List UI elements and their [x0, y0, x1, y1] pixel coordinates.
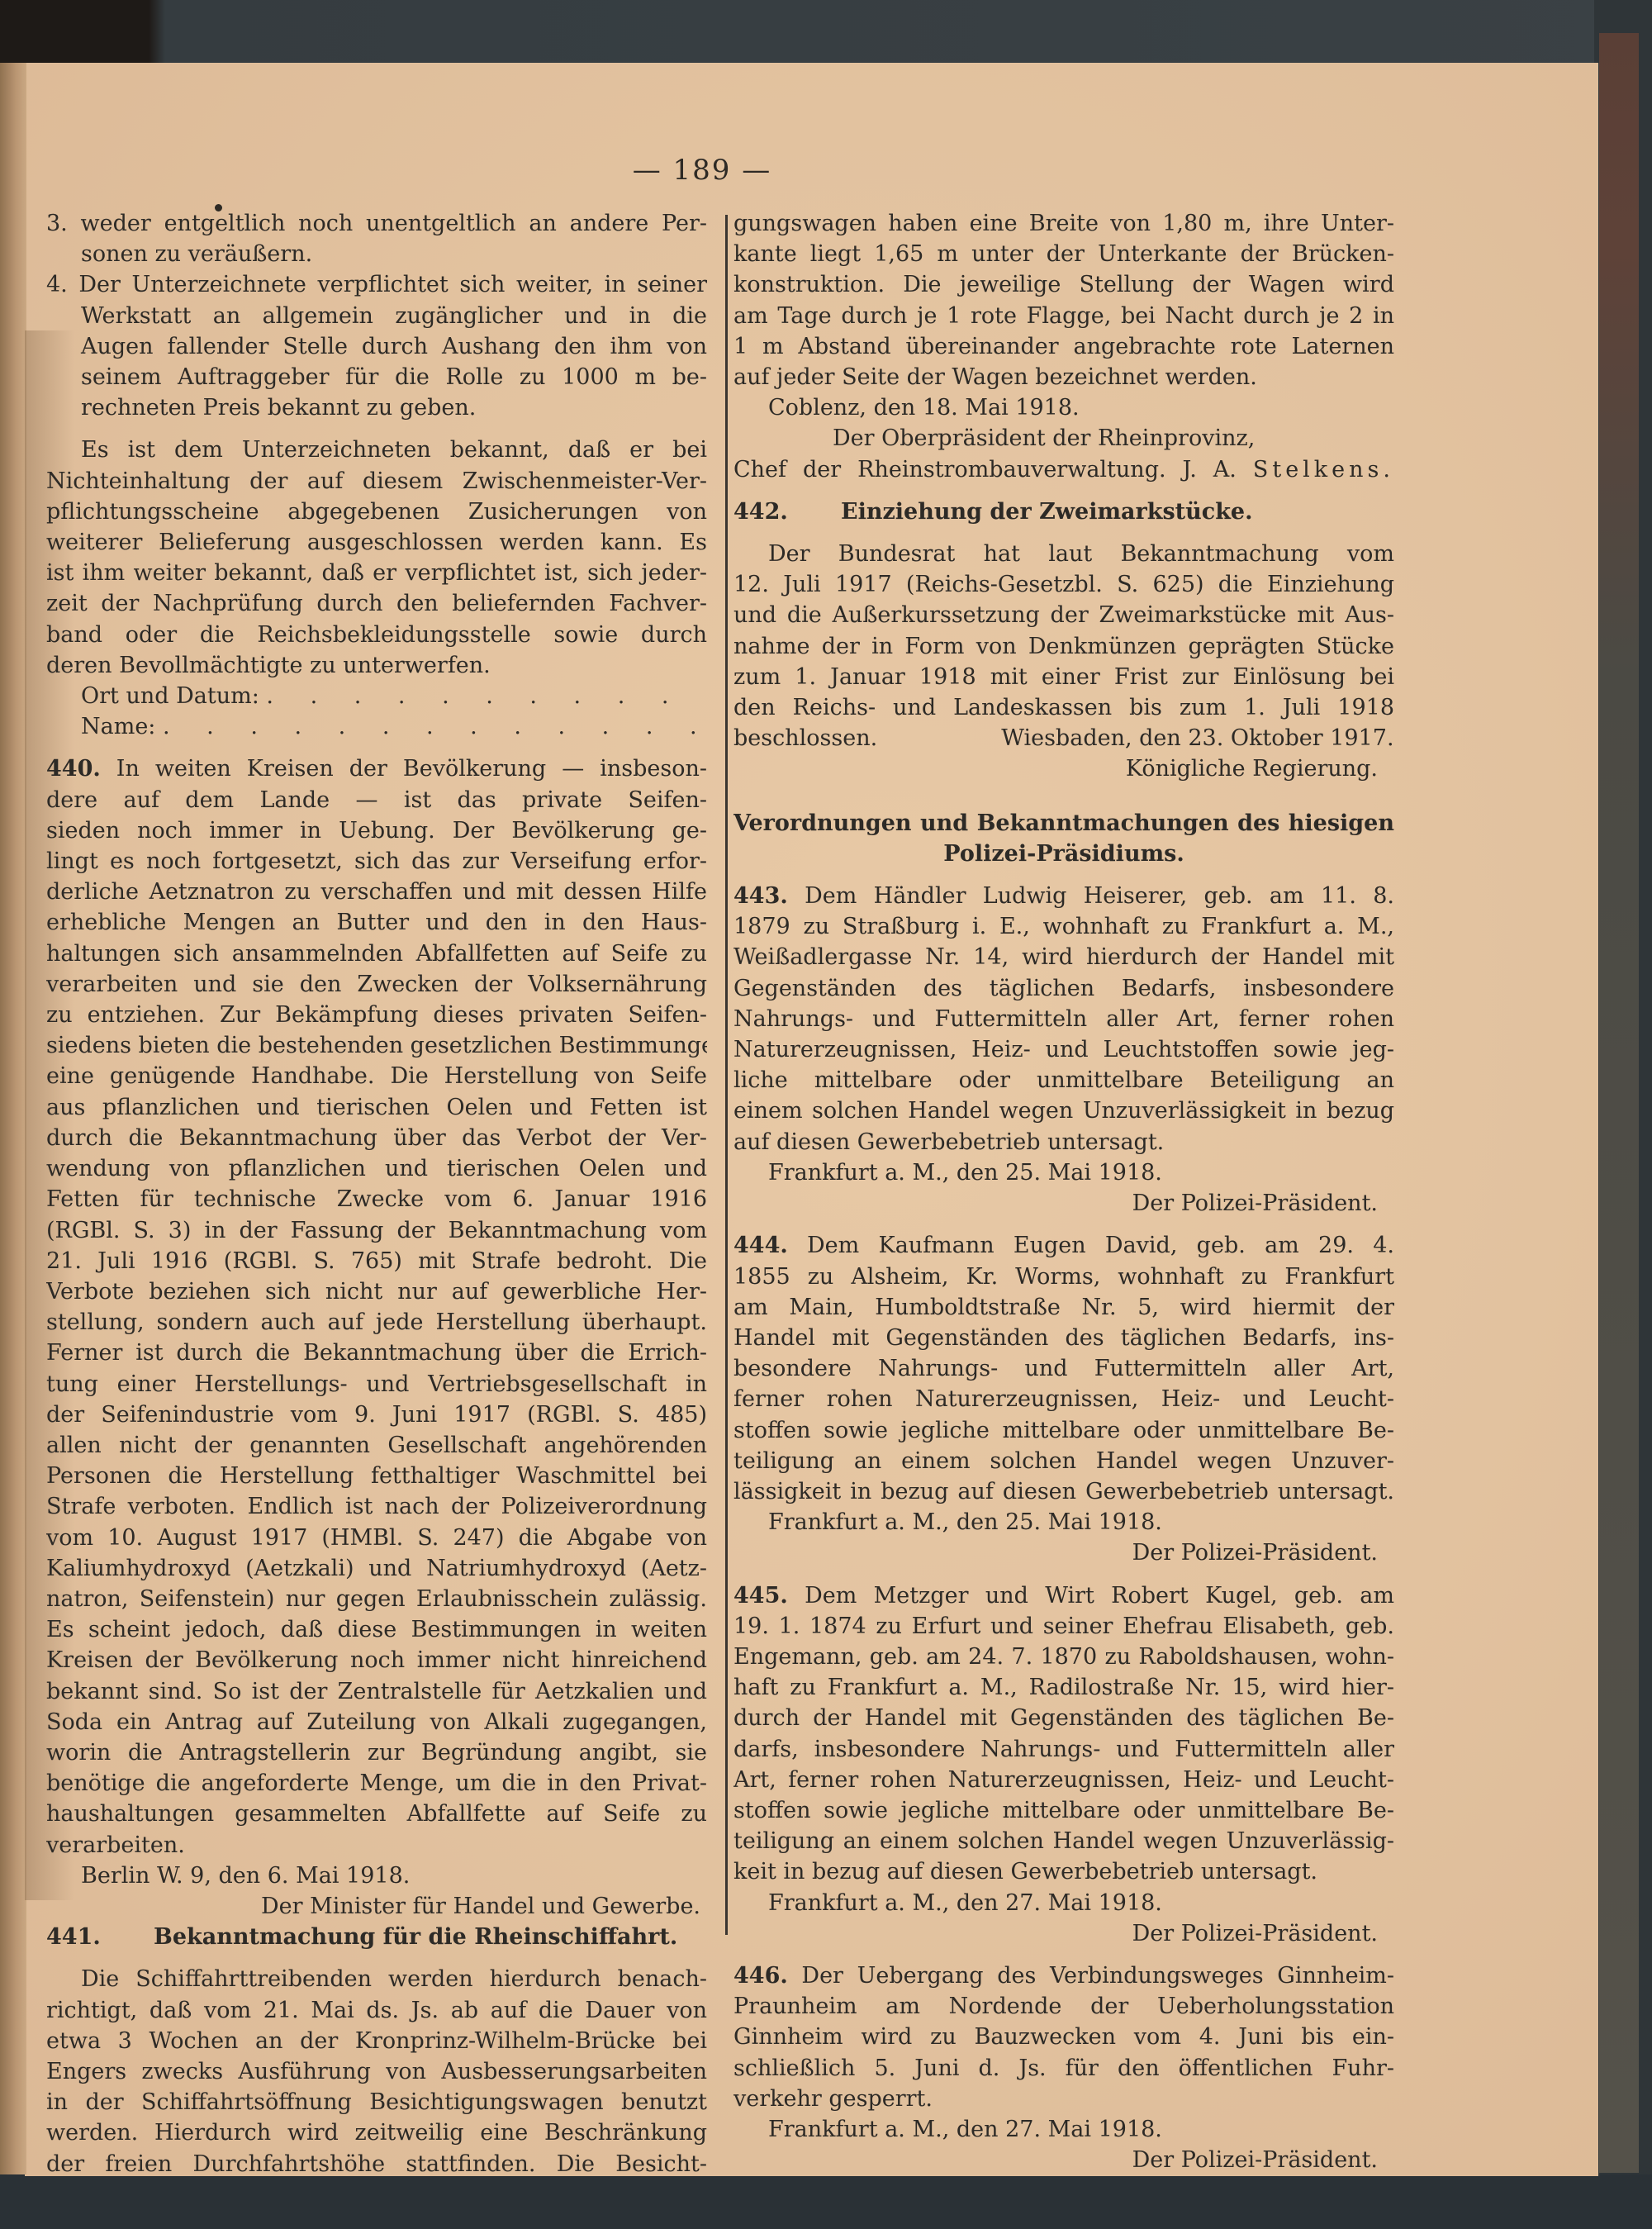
text-line: kante liegt 1,65 m unter der Unterkante … [733, 239, 1394, 269]
text-line: Strafe verboten. Endlich ist nach der Po… [46, 1491, 707, 1522]
text-line: Ginnheim wird zu Bauzwecken vom 4. Juni … [733, 2022, 1394, 2052]
heading-line: Verordnungen und Bekanntmachungen des hi… [733, 808, 1394, 839]
text-line: benötige die angeforderte Menge, um die … [46, 1768, 707, 1799]
text-line: 1855 zu Alsheim, Kr. Worms, wohnhaft zu … [733, 1262, 1394, 1292]
text-line: 12. Juli 1917 (Reichs-Gesetzbl. S. 625) … [733, 569, 1394, 600]
text-line: Engemann, geb. am 24. 7. 1870 zu Rabolds… [733, 1642, 1394, 1672]
heading-line: Polizei-Präsidiums. [733, 839, 1394, 869]
book-spine-band [1599, 33, 1639, 2173]
text-line: ist ihm weiter bekannt, daß er verpflich… [46, 558, 707, 588]
text-line: stoffen sowie jegliche mittelbare oder u… [733, 1795, 1394, 1826]
text-line: verkehr gesperrt. [733, 2084, 1394, 2114]
signature-line-2: Chef der Rheinstrombauverwaltung. J. A. … [733, 454, 1394, 485]
text-line: eine genügende Handhabe. Die Herstellung… [46, 1061, 707, 1091]
text-line: liche mittelbare oder unmittelbare Betei… [733, 1065, 1394, 1095]
place-date: Wiesbaden, den 23. Oktober 1917. [1001, 725, 1393, 751]
signature: Der Polizei-Präsident. [733, 1188, 1394, 1219]
section-number: 445. [733, 1583, 788, 1609]
section-title: Bekanntmachung für die Rheinschiffahrt. [154, 1924, 677, 1950]
text-line: erhebliche Mengen an Butter und den in d… [46, 907, 707, 938]
text-line: Ferner ist durch die Bekanntmachung über… [46, 1338, 707, 1368]
right-column: gungswagen haben eine Breite von 1,80 m,… [733, 208, 1394, 2175]
section-446: 446. Der Uebergang des Verbindungsweges … [733, 1960, 1394, 2175]
signatory-name: Stelkens. [1253, 457, 1394, 482]
section-445: 445. Dem Metzger und Wirt Robert Kugel, … [733, 1580, 1394, 1949]
text-line: 445. Dem Metzger und Wirt Robert Kugel, … [733, 1580, 1394, 1611]
section-440: 440. In weiten Kreisen der Bevölkerung —… [46, 753, 707, 1922]
text-line: keit in bezug auf diesen Gewerbebetrieb … [733, 1856, 1394, 1887]
text-line: Es ist dem Unterzeichneten bekannt, daß … [46, 435, 707, 465]
text-line: siedens bieten die bestehenden gesetzlic… [46, 1030, 707, 1061]
text-line: zeit der Nachprüfung durch den beliefern… [46, 588, 707, 619]
text-line: 1 m Abstand übereinander angebrachte rot… [733, 331, 1394, 362]
text-line: gungswagen haben eine Breite von 1,80 m,… [733, 208, 1394, 239]
text-line: haft zu Frankfurt a. M., Radilostraße Nr… [733, 1672, 1394, 1703]
form-field-place-date: Ort und Datum: . . . . . . . . . . . [46, 681, 707, 711]
text-line: den Reichs- und Landeskassen bis zum 1. … [733, 692, 1394, 723]
text-line: verarbeiten und sie den Zwecken der Volk… [46, 969, 707, 1000]
text-line: vom 10. August 1917 (HMBl. S. 247) die A… [46, 1523, 707, 1553]
text-line: stellung, sondern auch auf jede Herstell… [46, 1307, 707, 1338]
text-line: Kaliumhydroxyd (Aetzkali) und Natriumhyd… [46, 1553, 707, 1584]
text-line: lässigkeit in bezug auf diesen Gewerbebe… [733, 1476, 1394, 1507]
section-title: Einziehung der Zweimarkstücke. [841, 499, 1253, 525]
fill-in-dots: . . . . . . . . . . . . . [163, 714, 707, 739]
text-line: derliche Aetznatron zu verschaffen und m… [46, 877, 707, 907]
text-line: 19. 1. 1874 zu Erfurt und seiner Ehefrau… [733, 1611, 1394, 1642]
section-number: 441. [46, 1922, 154, 1952]
text-line: besondere Nahrungs- und Futtermitteln al… [733, 1353, 1394, 1384]
section-heading: 442.Einziehung der Zweimarkstücke. [733, 497, 1394, 527]
text-line: Handel mit Gegenständen des täglichen Be… [733, 1323, 1394, 1353]
text-line: Personen die Herstellung fetthaltiger Wa… [46, 1461, 707, 1491]
text-line: 1879 zu Straßburg i. E., wohnhaft zu Fra… [733, 911, 1394, 942]
text-line: teiligung an einem solchen Handel wegen … [733, 1446, 1394, 1476]
text-line: in der Schiffahrtsöffnung Besichtigungsw… [46, 2087, 707, 2117]
text-line: aus pflanzlichen und tierischen Oelen un… [46, 1092, 707, 1123]
section-441: 441.Bekanntmachung für die Rheinschiffah… [46, 1922, 707, 2179]
section-444: 444. Dem Kaufmann Eugen David, geb. am 2… [733, 1230, 1394, 1568]
place-date: Berlin W. 9, den 6. Mai 1918. [46, 1861, 707, 1891]
text-line: haushaltungen gesammelten Abfallfette au… [46, 1799, 707, 1829]
text-line: band oder die Reichsbekleidungsstelle so… [46, 620, 707, 650]
text-line: allen nicht der genannten Gesellschaft a… [46, 1430, 707, 1461]
text-line: der Seifenindustrie vom 9. Juni 1917 (RG… [46, 1400, 707, 1430]
text-line: Nichteinhaltung der auf diesem Zwischenm… [46, 466, 707, 497]
text-line: haltungen sich ansammelnden Abfallfetten… [46, 939, 707, 969]
text-line: pflichtungsscheine abgegebenen Zusicheru… [46, 497, 707, 527]
text-line: 4. Der Unterzeichnete verpflichtet sich … [46, 269, 707, 300]
place-date: Frankfurt a. M., den 27. Mai 1918. [733, 1888, 1394, 1918]
text-line: Soda ein Antrag auf Zuteilung von Alkali… [46, 1707, 707, 1737]
signature: Der Polizei-Präsident. [733, 1537, 1394, 1568]
section-heading: 441.Bekanntmachung für die Rheinschiffah… [46, 1922, 707, 1952]
text-line: rechneten Preis bekannt zu geben. [46, 392, 707, 423]
text-line: 446. Der Uebergang des Verbindungsweges … [733, 1960, 1394, 1991]
text-line: der freien Durchfahrtshöhe stattfinden. … [46, 2149, 707, 2179]
place-date: Coblenz, den 18. Mai 1918. [733, 392, 1394, 423]
text-line: sonen zu veräußern. [46, 239, 707, 269]
fill-in-dots: . . . . . . . . . . . [266, 683, 707, 709]
signature: Königliche Regierung. [733, 753, 1394, 784]
text-line: dere auf dem Lande — ist das private Sei… [46, 785, 707, 815]
field-label: Name: [81, 714, 155, 739]
text-line: am Tage durch je 1 rote Flagge, bei Nach… [733, 301, 1394, 331]
column-divider [725, 215, 728, 1935]
text-line: tung einer Herstellungs- und Vertriebsge… [46, 1369, 707, 1400]
text-line: Art, ferner rohen Naturerzeugnissen, Hei… [733, 1765, 1394, 1795]
text-line: wendung von pflanzlichen und tierischen … [46, 1153, 707, 1184]
text-line: Augen fallender Stelle durch Aushang den… [46, 331, 707, 362]
section-443: 443. Dem Händler Ludwig Heiserer, geb. a… [733, 881, 1394, 1219]
text-line: 444. Dem Kaufmann Eugen David, geb. am 2… [733, 1230, 1394, 1261]
place-date: Frankfurt a. M., den 25. Mai 1918. [733, 1507, 1394, 1537]
text-line: sieden noch immer in Uebung. Der Bevölke… [46, 815, 707, 846]
text-line: Fetten für technische Zwecke vom 6. Janu… [46, 1184, 707, 1214]
text-line: und die Außerkurssetzung der Zweimarkstü… [733, 600, 1394, 630]
text-line: weiterer Belieferung ausgeschlossen werd… [46, 527, 707, 558]
text-line: richtigt, daß vom 21. Mai ds. Js. ab auf… [46, 1995, 707, 2026]
text-line: 443. Dem Händler Ludwig Heiserer, geb. a… [733, 881, 1394, 911]
text-line: beschlossen.Wiesbaden, den 23. Oktober 1… [733, 723, 1394, 753]
page-gutter [0, 63, 26, 2174]
text-line: durch die Bekanntmachung über das Verbot… [46, 1123, 707, 1153]
text-line: nahme der in Form von Denkmünzen geprägt… [733, 631, 1394, 662]
place-date: Frankfurt a. M., den 25. Mai 1918. [733, 1157, 1394, 1188]
text-line: verarbeiten. [46, 1830, 707, 1861]
book-cover-top [0, 0, 1652, 64]
section-number: 440. [46, 756, 101, 782]
section-442: 442.Einziehung der Zweimarkstücke. Der B… [733, 497, 1394, 785]
book-cover-bottom [0, 2174, 1652, 2229]
signature: Der Polizei-Präsident. [733, 2145, 1394, 2175]
text-line: teiligung an einem solchen Handel wegen … [733, 1826, 1394, 1856]
text-line: deren Bevollmächtigte zu unterwerfen. [46, 650, 707, 681]
text-line: Der Bundesrat hat laut Bekanntmachung vo… [733, 539, 1394, 569]
text-line: konstruktion. Die jeweilige Stellung der… [733, 269, 1394, 300]
police-section-heading: Verordnungen und Bekanntmachungen des hi… [733, 808, 1394, 869]
text-line: natron, Seifenstein) nur gegen Erlaubnis… [46, 1584, 707, 1614]
signature-line-1: Der Oberpräsident der Rheinprovinz, [733, 423, 1394, 454]
text-line: auf jeder Seite der Wagen bezeichnet wer… [733, 362, 1394, 392]
text-line: durch der Handel mit Gegenständen des tä… [733, 1703, 1394, 1733]
text-line: Werkstatt an allgemein zugänglicher und … [46, 301, 707, 331]
text-line: Verbote beziehen sich nicht nur auf gewe… [46, 1276, 707, 1307]
text-line: Gegenständen des täglichen Bedarfs, insb… [733, 973, 1394, 1004]
signature: Der Minister für Handel und Gewerbe. [46, 1891, 707, 1922]
form-field-name: Name: . . . . . . . . . . . . . [46, 711, 707, 742]
section-number: 444. [733, 1233, 788, 1258]
text-line: seinem Auftraggeber für die Rolle zu 100… [46, 362, 707, 392]
declaration-paragraph: Es ist dem Unterzeichneten bekannt, daß … [46, 435, 707, 681]
text-line: am Main, Humboldtstraße Nr. 5, wird hier… [733, 1292, 1394, 1323]
text-line: (RGBl. S. 3) in der Fassung der Bekanntm… [46, 1215, 707, 1246]
text-line: lingt es noch fortgesetzt, sich das zur … [46, 846, 707, 877]
text-line: ferner rohen Naturerzeugnissen, Heiz- un… [733, 1384, 1394, 1414]
text-line: einem solchen Handel wegen Unzuverlässig… [733, 1095, 1394, 1126]
section-number: 446. [733, 1963, 788, 1989]
text-line: Praunheim am Nordende der Ueberholungsst… [733, 1991, 1394, 2022]
text-line: 21. Juli 1916 (RGBl. S. 765) mit Strafe … [46, 1246, 707, 1276]
text-line: bekannt sind. So ist der Zentralstelle f… [46, 1676, 707, 1707]
field-label: Ort und Datum: [81, 683, 259, 709]
left-column: 3. weder entgeltlich noch unentgeltlich … [46, 208, 707, 2179]
text-line: worin die Antragstellerin zur Begründung… [46, 1737, 707, 1768]
signature: Der Polizei-Präsident. [733, 1918, 1394, 1949]
section-number: 442. [733, 497, 841, 527]
text-line: schließlich 5. Juni d. Js. für den öffen… [733, 2053, 1394, 2084]
text-line: darfs, insbesondere Nahrungs- und Futter… [733, 1734, 1394, 1765]
text-line: stoffen sowie jegliche mittelbare oder u… [733, 1415, 1394, 1446]
form-fields: Ort und Datum: . . . . . . . . . . . Nam… [46, 681, 707, 742]
place-date: Frankfurt a. M., den 27. Mai 1918. [733, 2114, 1394, 2145]
text-line: Nahrungs- und Futtermitteln aller Art, f… [733, 1004, 1394, 1034]
section-441-continued: gungswagen haben eine Breite von 1,80 m,… [733, 208, 1394, 485]
text-line: zu entziehen. Zur Bekämpfung dieses priv… [46, 1000, 707, 1030]
text-line: zum 1. Januar 1918 mit einer Frist zur E… [733, 662, 1394, 692]
text-line: Kreisen der Bevölkerung noch immer nicht… [46, 1645, 707, 1675]
text-line: Es scheint jedoch, daß diese Bestimmunge… [46, 1614, 707, 1645]
text-line: 3. weder entgeltlich noch unentgeltlich … [46, 208, 707, 239]
text-line: 440. In weiten Kreisen der Bevölkerung —… [46, 753, 707, 784]
section-number: 443. [733, 883, 788, 909]
text-line: werden. Hierdurch wird zeitweilig eine B… [46, 2117, 707, 2148]
text-line: Naturerzeugnissen, Heiz- und Leuchtstoff… [733, 1034, 1394, 1065]
text-line: etwa 3 Wochen an der Kronprinz-Wilhelm-B… [46, 2026, 707, 2056]
text-line: auf diesen Gewerbebetrieb untersagt. [733, 1127, 1394, 1157]
numbered-items-3-4: 3. weder entgeltlich noch unentgeltlich … [46, 208, 707, 423]
text-line: Weißadlergasse Nr. 14, wird hierdurch de… [733, 942, 1394, 972]
page-number: — 189 — [611, 154, 793, 187]
text-line: Die Schiffahrttreibenden werden hierdurc… [46, 1964, 707, 1994]
text-line: Engers zwecks Ausführung von Ausbesserun… [46, 2056, 707, 2087]
